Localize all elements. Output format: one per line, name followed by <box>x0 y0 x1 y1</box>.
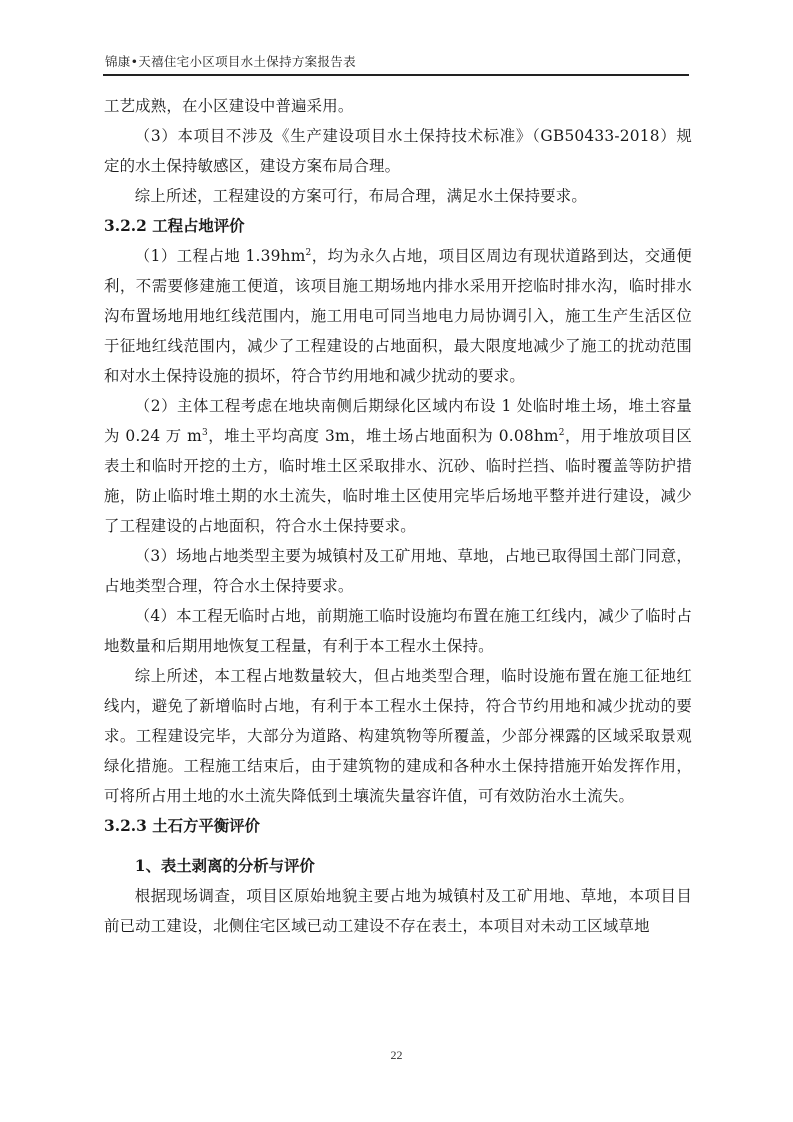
section-heading-3-2-3: 3.2.3 土石方平衡评价 <box>104 811 692 841</box>
document-title: 锦康•天禧住宅小区项目水土保持方案报告表 <box>105 54 356 70</box>
page-content: 工艺成熟，在小区建设中普遍采用。 （3）本项目不涉及《生产建设项目水土保持技术标… <box>104 91 692 941</box>
page-number: 22 <box>0 1048 793 1063</box>
paragraph-topsoil: 根据现场调查，项目区原始地貌主要占地为城镇村及工矿用地、草地，本项目目前已动工建… <box>104 881 692 941</box>
paragraph-land-item-4: （4）本工程无临时占地，前期施工临时设施均布置在施工红线内，减少了临时占地数量和… <box>104 601 692 661</box>
text-segment: ，均为永久占地，项目区周边有现状道路到达，交通便利，不需要修建施工便道，该项目施… <box>104 247 692 385</box>
text-segment: （1）工程占地 1.39hm <box>135 247 306 265</box>
paragraph-summary: 综上所述，工程建设的方案可行，布局合理，满足水土保持要求。 <box>104 181 692 211</box>
paragraph-land-item-1: （1）工程占地 1.39hm2，均为永久占地，项目区周边有现状道路到达，交通便利… <box>104 241 692 391</box>
paragraph-item-3: （3）本项目不涉及《生产建设项目水土保持技术标准》（GB50433-2018）规… <box>104 121 692 181</box>
paragraph-land-item-3: （3）场地占地类型主要为城镇村及工矿用地、草地，占地已取得国土部门同意，占地类型… <box>104 541 692 601</box>
text-segment: ，堆土平均高度 3m，堆土场占地面积为 0.08hm <box>208 427 559 445</box>
subsection-heading-topsoil: 1、表土剥离的分析与评价 <box>104 851 692 881</box>
paragraph-land-summary: 综上所述，本工程占地数量较大，但占地类型合理，临时设施布置在施工征地红线内，避免… <box>104 661 692 811</box>
paragraph-land-item-2: （2）主体工程考虑在地块南侧后期绿化区域内布设 1 处临时堆土场，堆土容量为 0… <box>104 391 692 541</box>
section-heading-3-2-2: 3.2.2 工程占地评价 <box>104 211 692 241</box>
page-header: 锦康•天禧住宅小区项目水土保持方案报告表 <box>103 52 689 76</box>
paragraph-continuation: 工艺成熟，在小区建设中普遍采用。 <box>104 91 692 121</box>
